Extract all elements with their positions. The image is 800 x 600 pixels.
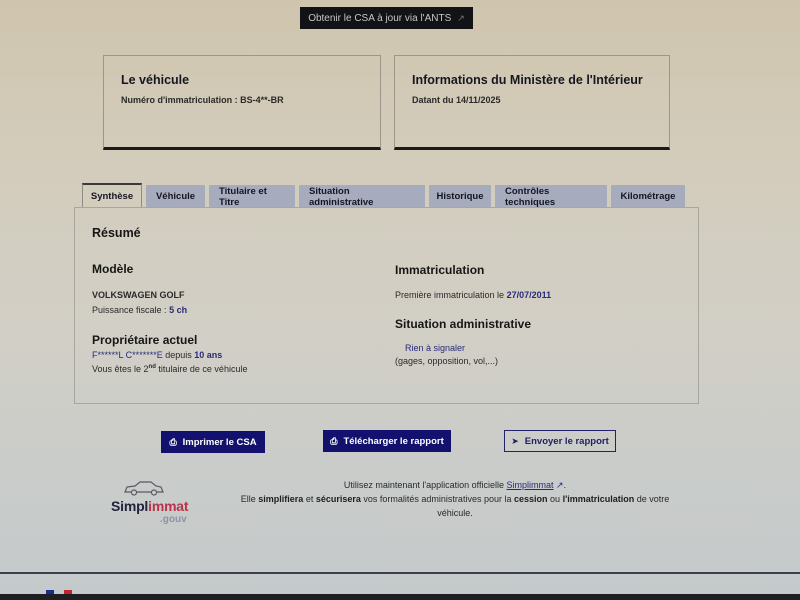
tab-controles-techniques[interactable]: Contrôles techniques: [495, 185, 607, 208]
download-report-button[interactable]: ⎙ Télécharger le rapport: [323, 430, 451, 452]
logo-gouv: .gouv: [160, 514, 187, 525]
fiscal-power: Puissance fiscale : 5 ch: [92, 305, 187, 315]
vehicle-card: Le véhicule Numéro d'immatriculation : B…: [103, 55, 381, 150]
ministry-card: Informations du Ministère de l'Intérieur…: [394, 55, 670, 150]
vehicle-card-title: Le véhicule: [121, 73, 380, 87]
admin-status-value: Rien à signaler: [405, 343, 465, 353]
simplimmat-link[interactable]: Simplimmat: [507, 480, 554, 490]
summary-panel: Résumé Modèle VOLKSWAGEN GOLF Puissance …: [74, 207, 699, 404]
admin-status-heading: Situation administrative: [395, 317, 531, 331]
external-link-icon: ↗: [554, 480, 564, 490]
promo-line-1: Utilisez maintenant l'application offici…: [232, 478, 678, 492]
owner-info: F******L C*******E depuis 10 ans: [92, 350, 222, 360]
plate-number: Numéro d'immatriculation : BS-4**-BR: [121, 95, 380, 105]
registration-heading: Immatriculation: [395, 263, 484, 277]
tab-kilometrage[interactable]: Kilométrage: [611, 185, 685, 208]
tab-situation-administrative[interactable]: Situation administrative: [299, 185, 425, 208]
promo-line-2: Elle simplifiera et sécurisera vos forma…: [232, 492, 678, 520]
admin-status-details: (gages, opposition, vol,...): [395, 356, 498, 366]
send-arrow-icon: ➤: [511, 436, 519, 447]
data-date: Datant du 14/11/2025: [412, 95, 669, 105]
owner-rank: Vous êtes le 2nd titulaire de ce véhicul…: [92, 364, 247, 374]
external-link-icon: ↗: [457, 13, 465, 24]
tab-vehicule[interactable]: Véhicule: [146, 185, 205, 208]
logo-wordmark: Simplimmat: [111, 498, 188, 514]
model-heading: Modèle: [92, 262, 133, 276]
first-registration: Première immatriculation le 27/07/2011: [395, 290, 551, 300]
ants-update-label: Obtenir le CSA à jour via l'ANTS: [308, 13, 451, 24]
ministry-card-title: Informations du Ministère de l'Intérieur: [412, 73, 669, 87]
printer-icon: ⎙: [169, 437, 176, 448]
printer-icon: ⎙: [330, 436, 337, 447]
tab-synthese[interactable]: Synthèse: [82, 183, 142, 208]
simplimmat-promo: Utilisez maintenant l'application offici…: [232, 478, 678, 520]
model-name: VOLKSWAGEN GOLF: [92, 290, 185, 300]
footer-divider: [0, 572, 800, 574]
ants-update-button[interactable]: Obtenir le CSA à jour via l'ANTS ↗: [300, 7, 473, 29]
simplimmat-logo: Simplimmat .gouv: [108, 478, 203, 530]
tab-titulaire-titre[interactable]: Titulaire et Titre: [209, 185, 295, 208]
owner-heading: Propriétaire actuel: [92, 333, 197, 347]
summary-title: Résumé: [92, 226, 141, 240]
tab-historique[interactable]: Historique: [429, 185, 491, 208]
car-icon: [123, 480, 165, 496]
send-report-button[interactable]: ➤ Envoyer le rapport: [504, 430, 616, 452]
footer-bar: [0, 594, 800, 600]
print-csa-button[interactable]: ⎙ Imprimer le CSA: [161, 431, 265, 453]
tab-bar: Synthèse Véhicule Titulaire et Titre Sit…: [82, 185, 685, 208]
